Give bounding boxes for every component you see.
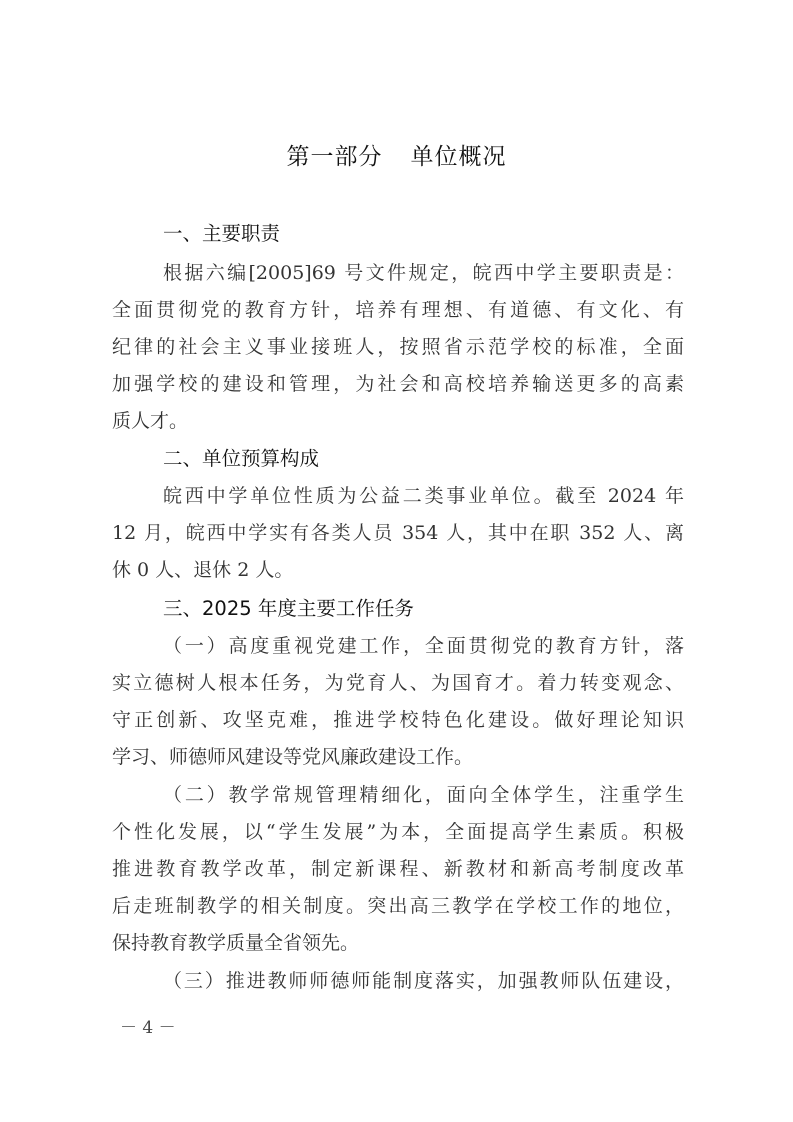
paragraph-line: （三）推进教师师德师能制度落实，加强教师队伍建设， — [163, 966, 684, 993]
section-heading-tasks: 三、2025 年度主要工作任务 — [163, 593, 414, 621]
document-page: 第一部分单位概况 一、主要职责 根据六编[2005]69 号文件规定，皖西中学主… — [0, 0, 793, 1122]
paragraph-line: 推进教育教学改革，制定新课程、新教材和新高考制度改革 — [112, 854, 684, 881]
title-part: 第一部分 — [287, 144, 383, 170]
paragraph-line: 保持教育教学质量全省领先。 — [112, 928, 684, 955]
page-number: － 4 － — [120, 1013, 176, 1038]
paragraph-line: 全面贯彻党的教育方针，培养有理想、有道德、有文化、有 — [112, 295, 684, 322]
section-heading-budget: 二、单位预算构成 — [163, 443, 319, 471]
paragraph-line: 加强学校的建设和管理，为社会和高校培养输送更多的高素 — [112, 369, 684, 396]
page-title: 第一部分单位概况 — [0, 138, 793, 171]
paragraph-line: 根据六编[2005]69 号文件规定，皖西中学主要职责是： — [163, 258, 684, 285]
paragraph-line: 个性化发展，以“学生发展”为本，全面提高学生素质。积极 — [112, 817, 684, 844]
paragraph-line: 质人才。 — [112, 406, 684, 433]
paragraph-line: 纪律的社会主义事业接班人，按照省示范学校的标准，全面 — [112, 332, 684, 359]
title-name: 单位概况 — [411, 144, 507, 170]
paragraph-line: （一）高度重视党建工作，全面贯彻党的教育方针，落 — [163, 631, 684, 658]
paragraph-line: （二）教学常规管理精细化，面向全体学生，注重学生 — [163, 780, 684, 807]
paragraph-line: 守正创新、攻坚克难，推进学校特色化建设。做好理论知识 — [112, 705, 684, 732]
paragraph-line: 实立德树人根本任务，为党育人、为国育才。着力转变观念、 — [112, 668, 684, 695]
paragraph-line: 后走班制教学的相关制度。突出高三教学在学校工作的地位， — [112, 891, 684, 918]
paragraph-line: 学习、师德师风建设等党风廉政建设工作。 — [112, 742, 684, 769]
paragraph-line: 12 月，皖西中学实有各类人员 354 人，其中在职 352 人、离 — [112, 518, 684, 545]
paragraph-line: 休 0 人、退休 2 人。 — [112, 555, 684, 582]
paragraph-line: 皖西中学单位性质为公益二类事业单位。截至 2024 年 — [163, 481, 684, 508]
section-heading-duties: 一、主要职责 — [163, 218, 280, 246]
